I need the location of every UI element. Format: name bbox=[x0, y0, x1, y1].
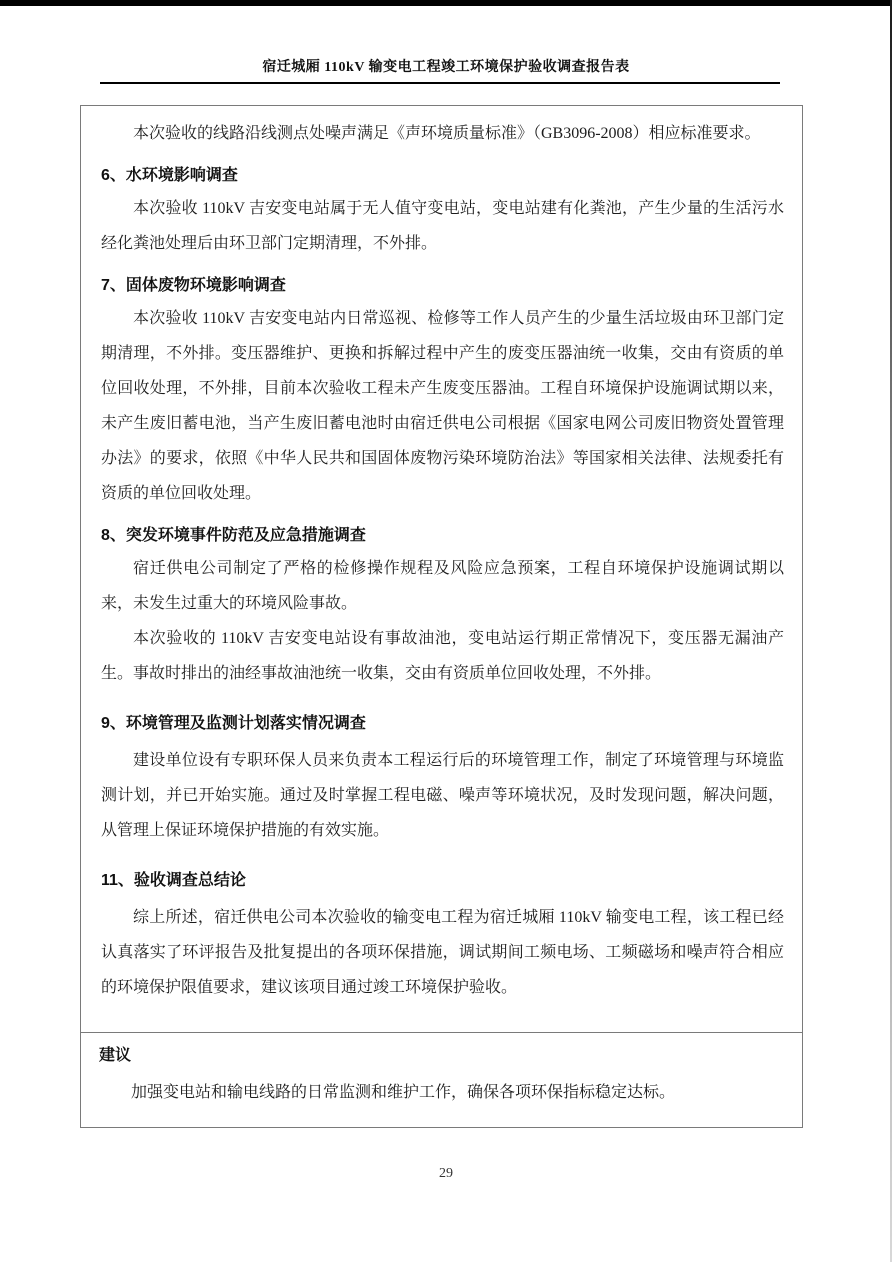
section-6-paragraph: 本次验收 110kV 吉安变电站属于无人值守变电站，变电站建有化粪池，产生少量的… bbox=[101, 191, 784, 261]
section-11-paragraph: 综上所述，宿迁供电公司本次验收的输变电工程为宿迁城厢 110kV 输变电工程，该… bbox=[101, 900, 784, 1005]
scan-artifact-top-bar bbox=[0, 0, 892, 6]
section-heading-8: 8、突发环境事件防范及应急措施调查 bbox=[101, 523, 784, 549]
intro-paragraph: 本次验收的线路沿线测点处噪声满足《声环境质量标准》（GB3096-2008）相应… bbox=[101, 116, 784, 151]
report-main-cell: 本次验收的线路沿线测点处噪声满足《声环境质量标准》（GB3096-2008）相应… bbox=[81, 106, 802, 1033]
document-page: 宿迁城厢 110kV 输变电工程竣工环境保护验收调查报告表 本次验收的线路沿线测… bbox=[0, 0, 892, 1262]
suggestion-heading: 建议 bbox=[99, 1041, 784, 1071]
section-heading-6: 6、水环境影响调查 bbox=[101, 163, 784, 189]
section-9-paragraph: 建设单位设有专职环保人员来负责本工程运行后的环境管理工作，制定了环境管理与环境监… bbox=[101, 743, 784, 848]
section-8-paragraph-2: 本次验收的 110kV 吉安变电站设有事故油池，变电站运行期正常情况下，变压器无… bbox=[101, 621, 784, 691]
section-heading-9: 9、环境管理及监测计划落实情况调查 bbox=[101, 711, 784, 737]
page-number: 29 bbox=[0, 1166, 892, 1182]
section-7-paragraph: 本次验收 110kV 吉安变电站内日常巡视、检修等工作人员产生的少量生活垃圾由环… bbox=[101, 301, 784, 511]
suggestion-paragraph: 加强变电站和输电线路的日常监测和维护工作，确保各项环保指标稳定达标。 bbox=[99, 1075, 784, 1110]
report-table: 本次验收的线路沿线测点处噪声满足《声环境质量标准》（GB3096-2008）相应… bbox=[80, 105, 803, 1128]
page-header-title: 宿迁城厢 110kV 输变电工程竣工环境保护验收调查报告表 bbox=[0, 56, 892, 76]
header-divider-rule bbox=[100, 82, 780, 84]
suggestion-cell: 建议 加强变电站和输电线路的日常监测和维护工作，确保各项环保指标稳定达标。 bbox=[81, 1033, 802, 1127]
section-8-paragraph-1: 宿迁供电公司制定了严格的检修操作规程及风险应急预案，工程自环境保护设施调试期以来… bbox=[101, 551, 784, 621]
section-heading-7: 7、固体废物环境影响调查 bbox=[101, 273, 784, 299]
section-heading-11: 11、验收调查总结论 bbox=[101, 868, 784, 894]
